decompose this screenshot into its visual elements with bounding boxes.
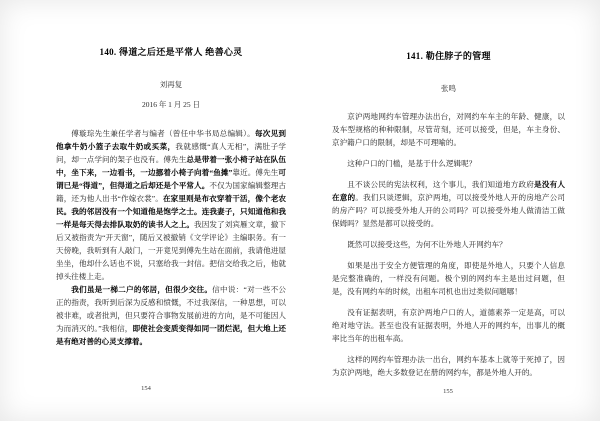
paragraph: 没有证据表明，有京沪两地户口的人，道德素养一定是高，可以绝对地守法。甚至也没有证… xyxy=(332,306,565,345)
author-name: 刘再复 xyxy=(56,79,286,90)
page-body: 傅璇琮先生兼任学者与编者（曾任中华书局总编辑）。每次见到他拿牛奶小篮子去取牛奶或… xyxy=(56,127,286,348)
article-title-left: 140. 得道之后还是平常人 绝善心灵 xyxy=(56,46,286,58)
article-number: 141. xyxy=(406,51,423,61)
article-title-text: 得道之后还是平常人 绝善心灵 xyxy=(119,47,242,57)
paragraph: 既然可以接受这些，为何不让外地人开网约车？ xyxy=(332,238,565,251)
page-right: 141. 勒住脖子的管理 张鸣 京沪两地网约车管理办法出台，对网约车车主的年龄、… xyxy=(332,50,565,387)
paragraph: 这种户口的门槛，是基于什么逻辑呢？ xyxy=(332,157,565,170)
page-left: 140. 得道之后还是平常人 绝善心灵 刘再复 2016 年 1 月 25 日 … xyxy=(56,46,286,348)
article-date: 2016 年 1 月 25 日 xyxy=(56,99,286,110)
page-number-left: 154 xyxy=(126,385,166,392)
page-number-right: 155 xyxy=(428,388,468,395)
book-spread: 140. 得道之后还是平常人 绝善心灵 刘再复 2016 年 1 月 25 日 … xyxy=(0,0,600,421)
paragraph: 傅璇琮先生兼任学者与编者（曾任中华书局总编辑）。每次见到他拿牛奶小篮子去取牛奶或… xyxy=(56,127,286,283)
paragraph: 且不谈公民的宪法权利，这个事儿，我们知道地方政府是没有人在意的。我们只谈逻辑，京… xyxy=(332,178,565,230)
article-number: 140. xyxy=(100,47,117,57)
paragraph: 这样的网约车管理办法一出台，网约车基本上就等于死掉了，因为京沪两地，绝大多数登记… xyxy=(332,353,565,379)
paragraph: 我们虽是一梯二户的邻居，但很少交往。信中说：“对一些不公正的指责，我听到后深为反… xyxy=(56,283,286,348)
page-body: 京沪两地网约车管理办法出台，对网约车车主的年龄、健康，以及车型规格的种种限制，尽… xyxy=(332,110,565,379)
article-title-right: 141. 勒住脖子的管理 xyxy=(332,50,565,62)
article-title-text: 勒住脖子的管理 xyxy=(426,51,491,61)
author-name: 张鸣 xyxy=(332,83,565,94)
paragraph: 京沪两地网约车管理办法出台，对网约车车主的年龄、健康，以及车型规格的种种限制，尽… xyxy=(332,110,565,149)
paragraph: 如果是出于安全方便管理的角度，即使是外地人，只要个人信息是完整准确的，一样没有问… xyxy=(332,259,565,298)
